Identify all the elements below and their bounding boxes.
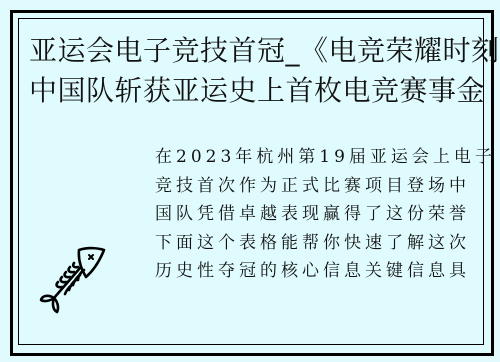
body-line-4: 下面这个表格能帮你快速了解这次: [155, 229, 475, 258]
fish-skeleton-icon: [36, 240, 116, 320]
body-line-1: 在2023年杭州第19届亚运会上电子: [155, 143, 475, 172]
body-line-5: 历史性夺冠的核心信息关键信息具: [155, 257, 475, 286]
page-title: 亚运会电子竞技首冠_《电竞荣耀时刻 中国队斩获亚运史上首枚电竞赛事金: [29, 31, 479, 111]
title-line-1: 亚运会电子竞技首冠_《电竞荣耀时刻: [29, 31, 479, 71]
body-paragraph: 在2023年杭州第19届亚运会上电子 竞技首次作为正式比赛项目登场中 国队凭借卓…: [155, 143, 475, 286]
body-line-3: 国队凭借卓越表现赢得了这份荣誉: [155, 200, 475, 229]
title-line-2: 中国队斩获亚运史上首枚电竞赛事金: [29, 71, 479, 111]
body-line-2: 竞技首次作为正式比赛项目登场中: [155, 172, 475, 201]
